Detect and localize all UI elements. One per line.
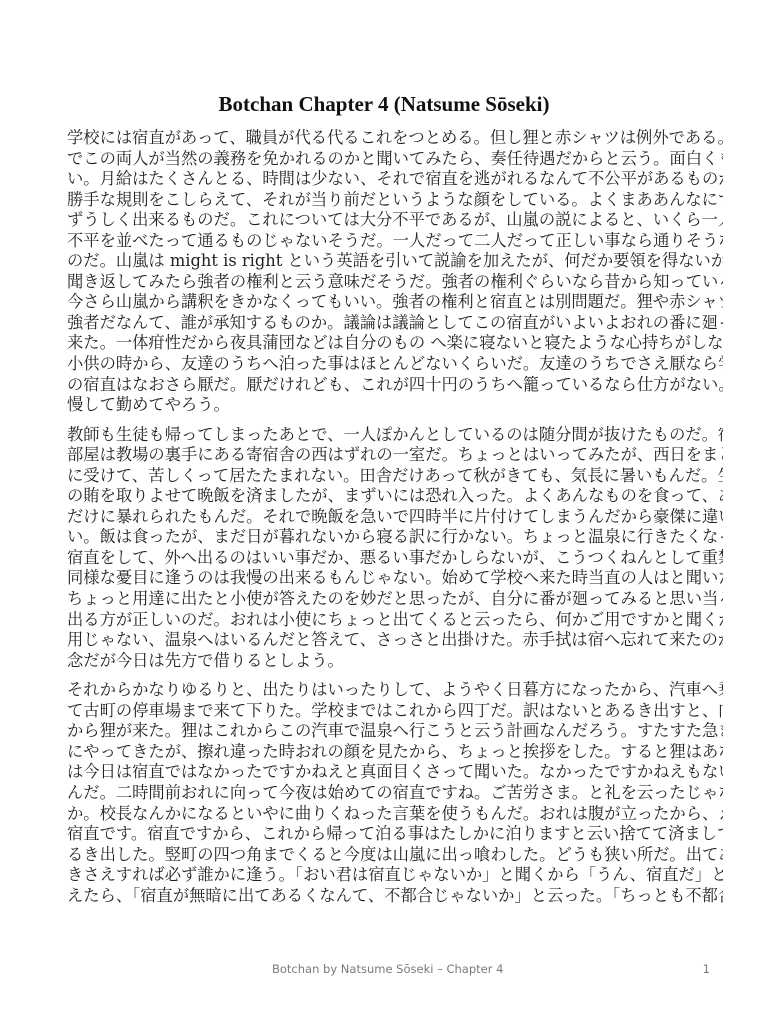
- text-line: きさえすれば必ず誰かに逢う。「おい君は宿直じゃないか」と聞くから「うん、宿直だ」…: [67, 865, 723, 886]
- text-line: 教師も生徒も帰ってしまったあとで、一人ぽかんとしているのは随分間が抜けたものだ。…: [67, 425, 723, 446]
- page-number: 1: [703, 962, 710, 976]
- text-line: 強者だなんて、誰が承知するものか。議論は議論としてこの宿直がいよいよおれの番に廻…: [67, 313, 723, 334]
- text-line: るき出した。竪町の四つ角までくると今度は山嵐に出っ喰わした。どうも狭い所だ。出て…: [67, 845, 723, 866]
- text-line: にやってきたが、擦れ違った時おれの顔を見たから、ちょっと挨拶をした。すると狸はあ…: [67, 742, 723, 763]
- text-line: 同様な憂目に逢うのは我慢の出来るもんじゃない。始めて学校へ来た時当直の人はと聞い…: [67, 568, 723, 589]
- text-line: んだ。二時間前おれに向って今夜は始めての宿直ですね。ご苦労さま。と礼を云ったじゃ…: [67, 783, 723, 804]
- text-line: だけに暴れられたもんだ。それで晩飯を急いで四時半に片付けてしまうんだから豪傑に違…: [67, 507, 723, 528]
- text-line: ずうしく出来るものだ。これについては大分不平であるが、山嵐の説によると、いくら一…: [67, 210, 723, 231]
- page-footer: Botchan by Natsume Sōseki – Chapter 4 1: [0, 962, 768, 982]
- document-body: 学校には宿直があって、職員が代る代るこれをつとめる。但し狸と赤シャツは例外である…: [67, 128, 723, 915]
- text-line: て古町の停車場まで来て下りた。学校まではこれから四丁だ。訳はないとあるき出すと、…: [67, 701, 723, 722]
- text-line: 部屋は教場の裏手にある寄宿舎の西はずれの一室だ。ちょっとはいってみたが、西日をま…: [67, 445, 723, 466]
- text-line: 用じゃない、温泉へはいるんだと答えて、さっさと出掛けた。赤手拭は宿へ忘れて来たの…: [67, 630, 723, 651]
- text-line: 聞き返してみたら強者の権利と云う意味だそうだ。強者の権利ぐらいなら昔から知ってい…: [67, 272, 723, 293]
- text-line: 来た。一体疳性だから夜具蒲団などは自分のもの へ楽に寝ないと寝たような心持ちがし…: [67, 333, 723, 354]
- paragraph-2: 教師も生徒も帰ってしまったあとで、一人ぽかんとしているのは随分間が抜けたものだ。…: [67, 425, 723, 672]
- text-line: 不平を並べたって通るものじゃないそうだ。一人だって二人だって正しい事なら通りそう…: [67, 231, 723, 252]
- footer-running-title: Botchan by Natsume Sōseki – Chapter 4: [272, 962, 503, 976]
- text-line: い。飯は食ったが、まだ日が暮れないから寝る訳に行かない。ちょっと温泉に行きたくな…: [67, 527, 723, 548]
- text-line: ちょっと用達に出たと小使が答えたのを妙だと思ったが、自分に番が廻ってみると思い当…: [67, 589, 723, 610]
- text-line: から狸が来た。狸はこれからこの汽車で温泉へ行こうと云う計画なんだろう。すたすた急…: [67, 721, 723, 742]
- paragraph-3: それからかなりゆるりと、出たりはいったりして、ようやく日暮方になったから、汽車へ…: [67, 680, 723, 906]
- text-line: に受けて、苦しくって居たたまれない。田舎だけあって秋がきても、気長に暑いもんだ。…: [67, 466, 723, 487]
- text-line: えたら、「宿直が無暗に出てあるくなんて、不都合じゃないか」と云った。「ちっとも不…: [67, 886, 723, 907]
- text-line: 出る方が正しいのだ。おれは小使にちょっと出てくると云ったら、何かご用ですかと聞く…: [67, 610, 723, 631]
- paragraph-1: 学校には宿直があって、職員が代る代るこれをつとめる。但し狸と赤シャツは例外である…: [67, 128, 723, 416]
- document-page: Botchan Chapter 4 (Natsume Sōseki) 学校には宿…: [0, 0, 768, 1024]
- text-line: 学校には宿直があって、職員が代る代るこれをつとめる。但し狸と赤シャツは例外である…: [67, 128, 723, 149]
- text-line: 念だが今日は先方で借りるとしよう。: [67, 651, 723, 672]
- text-line: のだ。山嵐は might is right という英語を引いて説諭を加えたが、何…: [67, 251, 723, 272]
- text-line: の宿直はなおさら厭だ。厭だけれども、これが四十円のうちへ籠っているなら仕方がない…: [67, 375, 723, 396]
- text-line: 勝手な規則をこしらえて、それが当り前だというような顔をしている。よくまああんなに…: [67, 190, 723, 211]
- text-line: 今さら山嵐から講釈をきかなくってもいい。強者の権利と宿直とは別問題だ。狸や赤シャ…: [67, 292, 723, 313]
- text-line: 慢して勤めてやろう。: [67, 395, 723, 416]
- text-line: か。校長なんかになるといやに曲りくねった言葉を使うもんだ。おれは腹が立ったから、…: [67, 804, 723, 825]
- text-line: 宿直です。宿直ですから、これから帰って泊る事はたしかに泊りますと云い捨てて済まし…: [67, 824, 723, 845]
- text-line: でこの両人が当然の義務を免かれるのかと聞いてみたら、奏任待遇だからと云う。面白く…: [67, 149, 723, 170]
- text-line: い。月給はたくさんとる、時間は少ない、それで宿直を逃がれるなんて不公平があるもの…: [67, 169, 723, 190]
- text-line: の賄を取りよせて晩飯を済ましたが、まずいには恐れ入った。よくあんなものを食って、…: [67, 486, 723, 507]
- text-line: それからかなりゆるりと、出たりはいったりして、ようやく日暮方になったから、汽車へ…: [67, 680, 723, 701]
- document-title: Botchan Chapter 4 (Natsume Sōseki): [0, 92, 768, 117]
- text-line: は今日は宿直ではなかったですかねえと真面目くさって聞いた。なかったですかねえもな…: [67, 762, 723, 783]
- text-line: 小供の時から、友達のうちへ泊った事はほとんどないくらいだ。友達のうちでさえ厭なら…: [67, 354, 723, 375]
- text-line: 宿直をして、外へ出るのはいい事だか、悪るい事だかしらないが、こうつくねんとして重…: [67, 548, 723, 569]
